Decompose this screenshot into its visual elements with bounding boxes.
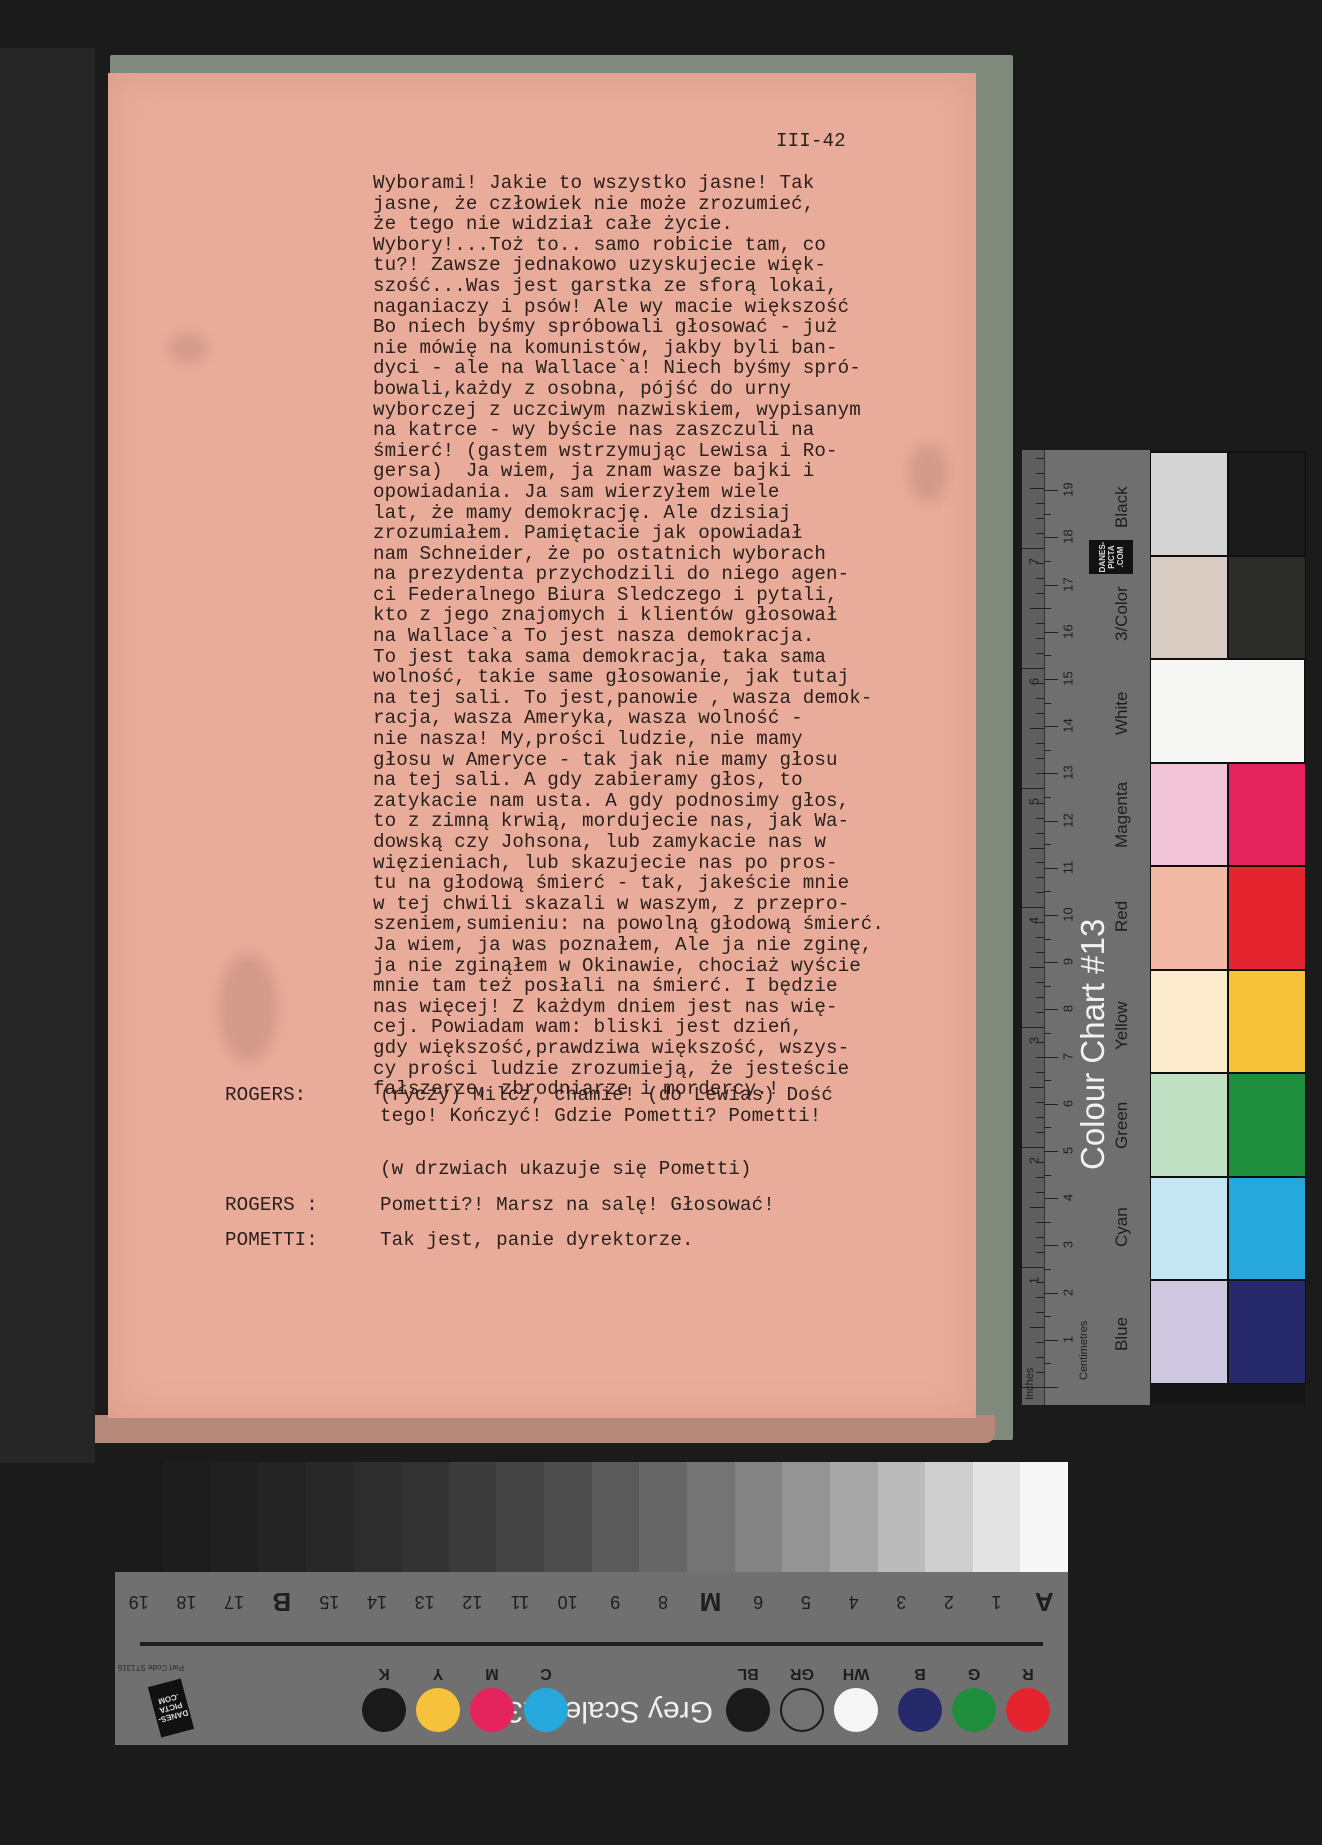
patch-magenta-light xyxy=(1150,763,1228,867)
inch-tick xyxy=(1030,728,1044,729)
cm-tick-label: 15 xyxy=(1061,669,1076,689)
grey-step-label: 8 xyxy=(639,1592,687,1613)
inch-tick xyxy=(1036,937,1044,938)
speaker-line: Pometti?! Marsz na salę! Głosować! xyxy=(380,1195,775,1216)
inch-tick xyxy=(1022,668,1044,669)
cm-tick xyxy=(1044,1151,1058,1152)
inch-tick xyxy=(1036,713,1044,714)
speaker-line: Tak jest, panie dyrektorze. xyxy=(380,1230,694,1251)
inch-tick xyxy=(1036,743,1044,744)
grey-step xyxy=(925,1462,973,1572)
speaker-line: (ryczy) Milcz, chamie! (do Lewias) Dość … xyxy=(380,1085,833,1126)
dot-y xyxy=(416,1688,460,1732)
cm-tick xyxy=(1044,986,1051,987)
grey-step-label: 18 xyxy=(163,1592,211,1613)
speech-line: To jest taka sama demokracja, taka sama xyxy=(373,647,884,668)
grey-step-label: 15 xyxy=(306,1592,354,1613)
stage-direction: (w drzwiach ukazuje się Pometti) xyxy=(380,1158,752,1180)
cm-tick xyxy=(1044,585,1058,586)
cm-tick xyxy=(1044,1080,1051,1081)
grey-step xyxy=(306,1462,354,1572)
speech-line: dowską czy Johsona, lub zamykacie nas w xyxy=(373,832,884,853)
cm-tick xyxy=(1044,726,1058,727)
inch-tick xyxy=(1036,758,1044,759)
inch-tick xyxy=(1022,1027,1044,1028)
grey-step-label: 11 xyxy=(496,1592,544,1613)
inch-tick xyxy=(1036,833,1044,834)
inch-tick xyxy=(1030,967,1044,968)
cm-tick xyxy=(1044,1245,1058,1246)
patch-label: Green xyxy=(1112,1102,1132,1149)
cm-tick xyxy=(1044,1057,1058,1058)
cm-tick xyxy=(1044,939,1051,940)
grey-step xyxy=(163,1462,211,1572)
dot-k xyxy=(362,1688,406,1732)
cm-tick xyxy=(1044,891,1051,892)
grey-step-label: B xyxy=(258,1587,306,1618)
grey-step xyxy=(1020,1462,1068,1572)
cm-tick xyxy=(1044,537,1058,538)
grey-step xyxy=(973,1462,1021,1572)
patch-label: Black xyxy=(1112,486,1132,528)
dialogue-row: POMETTI:Tak jest, panie dyrektorze. xyxy=(225,1230,380,1251)
grey-step-label: 2 xyxy=(925,1592,973,1613)
inch-tick xyxy=(1036,997,1044,998)
dot-m xyxy=(470,1688,514,1732)
dot-b xyxy=(898,1688,942,1732)
inch-tick xyxy=(1036,1012,1044,1013)
speech-line: szeniem,sumieniu: na powolną głodową śmi… xyxy=(373,914,884,935)
grey-step-label: 14 xyxy=(353,1592,401,1613)
patch-cyan-light xyxy=(1150,1177,1228,1281)
cm-tick-label: 13 xyxy=(1061,763,1076,783)
cm-tick xyxy=(1044,962,1058,963)
dot-label: C xyxy=(524,1664,568,1682)
cm-tick xyxy=(1044,915,1058,916)
dot-label: WH xyxy=(834,1664,878,1682)
grey-step xyxy=(115,1462,163,1572)
inch-tick-label: 8 xyxy=(1027,431,1042,451)
grey-step-label: 3 xyxy=(877,1592,925,1613)
speech-line: gersa) Ja wiem, ja znam wasze bajki i xyxy=(373,461,884,482)
cm-tick xyxy=(1044,773,1058,774)
patch-label: Cyan xyxy=(1112,1208,1132,1248)
inch-tick xyxy=(1030,488,1044,489)
cm-tick xyxy=(1044,632,1058,633)
speech-line: ci Federalnego Biura Sledczego i pytali, xyxy=(373,585,884,606)
inch-tick xyxy=(1036,1072,1044,1073)
inch-tick xyxy=(1036,862,1044,863)
cm-tick-label: 19 xyxy=(1061,480,1076,500)
speech-line: ja nie zginąłem w Okinawie, chociaż wyśc… xyxy=(373,956,884,977)
patch-label: Red xyxy=(1112,901,1132,932)
patch-green-light xyxy=(1150,1073,1228,1177)
inch-tick xyxy=(1022,548,1044,549)
dot-g xyxy=(952,1688,996,1732)
speech-line: tu?! Zawsze jednakowo uzyskujecie więk- xyxy=(373,255,884,276)
grey-step-label: M xyxy=(687,1587,735,1618)
inch-tick-label: 5 xyxy=(1027,791,1042,811)
cm-tick xyxy=(1044,679,1058,680)
speech-line: Wybory!...Toż to.. samo robicie tam, co xyxy=(373,235,884,256)
grey-step xyxy=(782,1462,830,1572)
inch-tick xyxy=(1036,818,1044,819)
grey-step xyxy=(353,1462,401,1572)
speech-line: gdy większość,prawdziwa większość, wszys… xyxy=(373,1038,884,1059)
dialogue-row: ROGERS:(ryczy) Milcz, chamie! (do Lewias… xyxy=(225,1085,380,1106)
patch-yellow-dark xyxy=(1228,970,1306,1074)
speech-line: że tego nie widział całe życie. xyxy=(373,214,884,235)
inch-tick xyxy=(1036,952,1044,953)
cm-tick xyxy=(1044,608,1051,609)
grey-step xyxy=(592,1462,640,1572)
dot-label: R xyxy=(1006,1664,1050,1682)
speech-line: Ja wiem, ja was poznałem, Ale ja nie zgi… xyxy=(373,935,884,956)
cm-tick-label: 2 xyxy=(1061,1282,1076,1302)
speech-line: na katrce - wy byście nas zaszczuli na xyxy=(373,420,884,441)
grey-step-label: 9 xyxy=(591,1592,639,1613)
dot-r xyxy=(1006,1688,1050,1732)
cm-tick-label: 18 xyxy=(1061,527,1076,547)
inch-tick xyxy=(1030,1327,1044,1328)
speaker-name: POMETTI: xyxy=(225,1230,380,1251)
patch-yellow-light xyxy=(1150,970,1228,1074)
cm-tick xyxy=(1044,1198,1058,1199)
cm-tick xyxy=(1044,1222,1051,1223)
cm-tick xyxy=(1044,1009,1058,1010)
grey-step-label: 17 xyxy=(210,1592,258,1613)
cm-tick-label: 16 xyxy=(1061,621,1076,641)
cm-tick xyxy=(1044,1104,1058,1105)
cm-tick xyxy=(1044,490,1058,491)
grey-step-label: 10 xyxy=(544,1592,592,1613)
cm-tick xyxy=(1044,1316,1051,1317)
grey-step-label: 6 xyxy=(734,1592,782,1613)
inch-tick xyxy=(1036,533,1044,534)
cm-tick-label: 12 xyxy=(1061,810,1076,830)
speech-line: na tej sali. A gdy zabieramy głos, to xyxy=(373,770,884,791)
stain xyxy=(168,333,208,363)
inch-tick xyxy=(1036,1057,1044,1058)
patch-green-dark xyxy=(1228,1073,1306,1177)
speech-line: na Wallace`a To jest nasza demokracja. xyxy=(373,626,884,647)
dot-bl xyxy=(726,1688,770,1732)
inch-tick xyxy=(1022,1147,1044,1148)
centimetres-label: Centimetres xyxy=(1078,1321,1090,1380)
inch-tick xyxy=(1036,1342,1044,1343)
cm-tick xyxy=(1044,703,1051,704)
inch-tick xyxy=(1036,458,1044,459)
speech-line: tu na głodową śmierć - tak, jakeście mni… xyxy=(373,873,884,894)
inch-tick xyxy=(1036,623,1044,624)
dot-label: B xyxy=(898,1664,942,1682)
speech-line: kto z jego znajomych i klientów głosował xyxy=(373,605,884,626)
speech-line: nie nasza! My,prości ludzie, nie mamy xyxy=(373,729,884,750)
speech-line: głosu w Ameryce - tak jak nie mamy głosu xyxy=(373,750,884,771)
speech-line: bowali,każdy z osobna, pójść do urny xyxy=(373,379,884,400)
cm-tick xyxy=(1044,1127,1051,1128)
page-number: III-42 xyxy=(776,130,846,152)
dot-label: Y xyxy=(416,1664,460,1682)
cm-tick xyxy=(1044,514,1051,515)
cm-tick xyxy=(1044,561,1051,562)
inch-tick xyxy=(1036,1357,1044,1358)
inch-tick xyxy=(1036,593,1044,594)
patch-label: Magenta xyxy=(1112,782,1132,848)
colour-chart: 1234567891011121314151617181912345678 Co… xyxy=(1022,450,1305,1405)
inch-tick xyxy=(1030,1207,1044,1208)
patch-3-color-dark xyxy=(1228,556,1306,660)
inch-tick xyxy=(1036,1312,1044,1313)
speech-line: śmierć! (gastem wstrzymując Lewisa i Ro- xyxy=(373,441,884,462)
patch-red-dark xyxy=(1228,866,1306,970)
inch-tick-label: 4 xyxy=(1027,911,1042,931)
inch-tick xyxy=(1030,608,1044,609)
patch-black-light xyxy=(1150,452,1228,556)
cm-tick-label: 11 xyxy=(1061,857,1076,877)
inch-tick xyxy=(1036,1252,1044,1253)
inch-tick xyxy=(1036,773,1044,774)
grey-step-label: 12 xyxy=(448,1592,496,1613)
cm-tick xyxy=(1044,655,1051,656)
speech-line: lat, że mamy demokrację. Ale dzisiaj xyxy=(373,503,884,524)
grey-step xyxy=(401,1462,449,1572)
dot-wh xyxy=(834,1688,878,1732)
danes-picta-logo: DANES-PICTA .COM xyxy=(1089,540,1133,574)
inch-tick xyxy=(1036,1177,1044,1178)
patch-white xyxy=(1150,659,1305,763)
patch-label: Yellow xyxy=(1112,1002,1132,1051)
speech-line: jasne, że człowiek nie może zrozumieć, xyxy=(373,194,884,215)
grey-step xyxy=(687,1462,735,1572)
speech-line: wyborczej z uczciwym nazwiskiem, wypisan… xyxy=(373,400,884,421)
dot-label: G xyxy=(952,1664,996,1682)
stain xyxy=(908,443,948,503)
cm-tick-label: 4 xyxy=(1061,1188,1076,1208)
inch-tick xyxy=(1022,1267,1044,1268)
speech-line: opowiadania. Ja sam wierzyłem wiele xyxy=(373,482,884,503)
inch-tick-label: 7 xyxy=(1027,551,1042,571)
grey-steps xyxy=(115,1462,1068,1572)
grey-step-label: 19 xyxy=(115,1592,163,1613)
grey-step xyxy=(830,1462,878,1572)
grey-step xyxy=(210,1462,258,1572)
speech-line: na prezydenta przychodzili do niego agen… xyxy=(373,564,884,585)
speech-line: w tej chwili skazali w waszym, z przepro… xyxy=(373,894,884,915)
grey-step-label: 5 xyxy=(782,1592,830,1613)
speech-block: Wyborami! Jakie to wszystko jasne! Takja… xyxy=(373,173,884,1100)
grey-step xyxy=(258,1462,306,1572)
speech-line: naganiaczy i psów! Ale wy macie większoś… xyxy=(373,297,884,318)
inch-tick xyxy=(1036,1117,1044,1118)
patch-magenta-dark xyxy=(1228,763,1306,867)
grey-step-label: 4 xyxy=(830,1592,878,1613)
grey-step xyxy=(449,1462,497,1572)
inch-tick xyxy=(1036,1237,1044,1238)
inch-tick xyxy=(1036,1192,1044,1193)
speech-line: racja, wasza Ameryka, wasza wolność - xyxy=(373,708,884,729)
speech-line: nas więcej! Z każdym dniem jest nas wię- xyxy=(373,997,884,1018)
reference-dots: Grey Scale #13 DANES-PICTA .COM Part Cod… xyxy=(115,1652,1068,1742)
inch-tick xyxy=(1036,1372,1044,1373)
inch-tick xyxy=(1036,503,1044,504)
divider-line xyxy=(140,1642,1043,1646)
speech-line: zrozumiałem. Pamiętacie jak opowiadał xyxy=(373,523,884,544)
inch-tick xyxy=(1036,1102,1044,1103)
inch-tick xyxy=(1036,1222,1044,1223)
inch-tick-label: 1 xyxy=(1027,1271,1042,1291)
speech-line: zatykacie nam usta. A gdy podnosimy głos… xyxy=(373,791,884,812)
grey-step xyxy=(639,1462,687,1572)
left-background-strip xyxy=(0,48,95,1463)
grey-step-label: 1 xyxy=(973,1592,1021,1613)
inch-tick xyxy=(1036,653,1044,654)
speech-line: na tej sali. To jest,panowie , wasza dem… xyxy=(373,688,884,709)
speech-line: to z zimną krwią, mordujecie nas, jak Wa… xyxy=(373,811,884,832)
inch-tick xyxy=(1030,848,1044,849)
cm-tick xyxy=(1044,1340,1058,1341)
speech-line: nam Schneider, że po ostatnich wyborach xyxy=(373,544,884,565)
inch-tick xyxy=(1036,982,1044,983)
cm-tick xyxy=(1044,1363,1051,1364)
cm-tick xyxy=(1044,821,1058,822)
patch-black-dark xyxy=(1228,452,1306,556)
patch-label: White xyxy=(1112,691,1132,734)
cm-tick xyxy=(1044,844,1051,845)
speech-line: nie mówię na komunistów, jakby byli ban- xyxy=(373,338,884,359)
grey-step xyxy=(735,1462,783,1572)
grey-step xyxy=(878,1462,926,1572)
inch-tick xyxy=(1022,788,1044,789)
dot-label: M xyxy=(470,1664,514,1682)
speech-line: mnie tam też posłali na śmierć. I będzie xyxy=(373,976,884,997)
grey-step-label: 13 xyxy=(401,1592,449,1613)
inch-tick xyxy=(1030,1087,1044,1088)
inch-tick xyxy=(1036,1297,1044,1298)
inch-tick xyxy=(1036,473,1044,474)
dot-label: BL xyxy=(726,1664,770,1682)
cm-tick xyxy=(1044,1269,1051,1270)
cm-tick xyxy=(1044,797,1051,798)
patch-red-light xyxy=(1150,866,1228,970)
inch-tick-label: 6 xyxy=(1027,671,1042,691)
inches-label: Inches xyxy=(1024,1368,1036,1400)
dot-gr xyxy=(780,1688,824,1732)
colour-chart-title: Colour Chart #13 xyxy=(1074,919,1112,1170)
inch-tick xyxy=(1036,698,1044,699)
inch-tick-label: 2 xyxy=(1027,1151,1042,1171)
dot-label: GR xyxy=(780,1664,824,1682)
speaker-name: ROGERS: xyxy=(225,1085,380,1106)
patch-blue-light xyxy=(1150,1280,1228,1384)
patch-blue-dark xyxy=(1228,1280,1306,1384)
cm-tick xyxy=(1044,1387,1058,1388)
danes-picta-logo: DANES-PICTA .COM xyxy=(148,1678,194,1737)
cm-tick xyxy=(1044,868,1058,869)
speech-line: wolność, takie same głosowanie, jak tuta… xyxy=(373,667,884,688)
cm-tick xyxy=(1044,1033,1051,1034)
dot-c xyxy=(524,1688,568,1732)
cm-tick-label: 1 xyxy=(1061,1329,1076,1349)
speech-line: Bo niech byśmy spróbowali głosować - już xyxy=(373,317,884,338)
inch-tick xyxy=(1036,1132,1044,1133)
grey-step xyxy=(544,1462,592,1572)
dot-label: K xyxy=(362,1664,406,1682)
speech-line: szość...Was jest garstka ze sforą lokai, xyxy=(373,276,884,297)
cm-tick xyxy=(1044,750,1051,751)
cm-tick xyxy=(1044,1293,1058,1294)
part-code: Part Code ST1316 xyxy=(118,1663,184,1672)
inch-tick-label: 3 xyxy=(1027,1031,1042,1051)
cm-tick-label: 14 xyxy=(1061,716,1076,736)
grey-scale-chart: A123456M89101112131415B171819 Grey Scale… xyxy=(115,1462,1068,1745)
grey-step-labels: A123456M89101112131415B171819 xyxy=(115,1577,1068,1627)
speech-line: Wyborami! Jakie to wszystko jasne! Tak xyxy=(373,173,884,194)
inch-tick xyxy=(1036,638,1044,639)
speech-line: dyci - ale na Wallace`a! Niech byśmy spr… xyxy=(373,358,884,379)
inch-tick xyxy=(1036,877,1044,878)
grey-step xyxy=(496,1462,544,1572)
cm-tick-label: 3 xyxy=(1061,1235,1076,1255)
inch-tick xyxy=(1022,907,1044,908)
inch-tick xyxy=(1036,892,1044,893)
cm-tick-label: 17 xyxy=(1061,574,1076,594)
patch-label: 3/Color xyxy=(1112,586,1132,641)
patch-label: Blue xyxy=(1112,1317,1132,1351)
page-bottom-edge xyxy=(95,1415,995,1443)
speech-line: więzieniach, lub skazujecie nas po pros- xyxy=(373,853,884,874)
patch-3-color-light xyxy=(1150,556,1228,660)
typescript-page: III-42 Wyborami! Jakie to wszystko jasne… xyxy=(108,73,976,1418)
speech-line: cy prości ludzie zrozumieją, że jesteści… xyxy=(373,1059,884,1080)
speech-line: cej. Powiadam wam: bliski jest dzień, xyxy=(373,1017,884,1038)
speaker-name: ROGERS : xyxy=(225,1195,380,1216)
patch-cyan-dark xyxy=(1228,1177,1306,1281)
dialogue-row: ROGERS :Pometti?! Marsz na salę! Głosowa… xyxy=(225,1195,380,1216)
inch-tick xyxy=(1036,518,1044,519)
stain xyxy=(218,953,278,1063)
grey-step-label: A xyxy=(1020,1587,1068,1618)
inch-tick xyxy=(1036,578,1044,579)
cm-tick xyxy=(1044,1175,1051,1176)
